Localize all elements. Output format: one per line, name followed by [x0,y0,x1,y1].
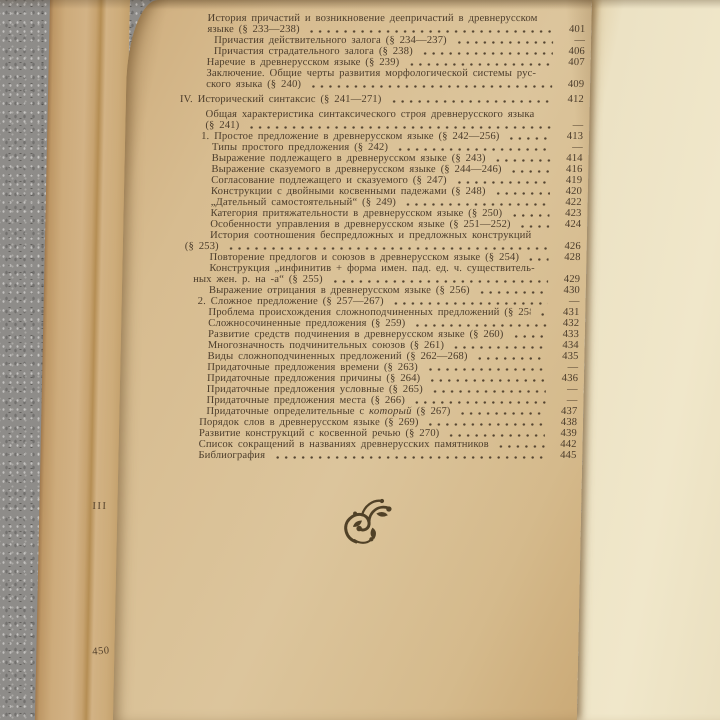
toc-entry: Конструкция „инфинитив + форма имен. пад… [176,263,580,285]
toc-entry: Сложносочиненные предложения (§ 259)432 [175,318,579,329]
dot-leader [451,340,547,351]
toc-entry-title: 1. Простое предложение в древнерусском я… [201,131,500,142]
toc-entry: Развитие средств подчинения в древнерусс… [175,329,579,340]
toc-page-number: 439 [550,428,577,439]
toc-entry: Причастия страдательного залога (§ 238)4… [181,46,585,57]
toc-entry: Выражение подлежащего в древнерусском яз… [179,153,583,164]
dot-leader [430,384,546,395]
toc-page-number: 431 [552,307,579,318]
toc-page-number: — [558,35,585,46]
toc-page-number: 434 [552,340,579,351]
toc-line: Согласование подлежащего и сказуемого (§… [178,175,582,186]
toc-page-number: 430 [553,285,580,296]
toc-page-number: — [551,362,578,373]
toc-page-number: 420 [555,186,582,197]
toc-entry-title: Придаточные предложения условные (§ 265) [207,384,423,395]
toc-line: История соотношения беспредложных и пред… [177,230,581,241]
dot-leader [454,35,554,46]
toc-entry: Выражение отрицания в древнерусском язык… [176,285,580,296]
table-of-contents: История причастий и возникновение деепри… [172,13,585,461]
toc-entry-title: Особенности управления в древнерусском я… [210,219,511,230]
dot-leader [403,197,550,208]
toc-page-number: 429 [553,274,580,285]
toc-entry: Проблема происхождения сложноподчиненных… [175,307,579,318]
toc-line: Типы простого предложения (§ 242)— [179,142,583,153]
toc-entry: Конструкции с двойными косвенными падежа… [178,186,582,197]
toc-entry: Придаточные предложения времени (§ 263)— [174,362,578,373]
toc-entry-title: Наречие в древнерусском языке (§ 239) [207,57,400,68]
toc-entry: „Дательный самостоятельный“ (§ 249)422 [178,197,582,208]
toc-line: ных жен. р. на -а“ (§ 255)429 [176,274,580,285]
toc-entry: Придаточные предложения причины (§ 264)4… [174,373,578,384]
toc-entry: Особенности управления в древнерусском я… [177,219,581,230]
dot-leader [406,57,553,68]
toc-line: 1. Простое предложение в древнерусском я… [179,131,583,142]
toc-line: Развитие конструкций с косвенной речью (… [173,428,577,439]
dot-leader [509,208,550,219]
toc-entry: Типы простого предложения (§ 242)— [179,142,583,153]
toc-line: Проблема происхождения сложноподчиненных… [175,307,579,318]
toc-page-number: 406 [558,46,585,57]
toc-page-number: 426 [554,241,581,252]
dot-leader [412,318,547,329]
dot-leader [330,274,549,285]
toc-entry-title: языке (§ 233—238) [207,24,300,35]
toc-entry: Причастия действительного залога (§ 234—… [181,35,585,46]
toc-page-number: 437 [550,406,577,417]
toc-page-number: 432 [552,318,579,329]
dot-leader [388,94,552,105]
toc-page-number: 424 [554,219,581,230]
dot-leader [425,362,547,373]
toc-line: Заключение. Общие черты развития морфоло… [180,68,584,79]
dot-leader [506,131,551,142]
toc-entry-title: Конструкция „инфинитив + форма имен. пад… [209,263,535,274]
toc-line: Виды сложноподчиненных предложений (§ 26… [174,351,578,362]
toc-entry-title: Развитие средств подчинения в древнерусс… [208,329,504,340]
toc-line: Сложносочиненные предложения (§ 259)432 [175,318,579,329]
toc-entry: Придаточные предложения условные (§ 265)… [174,384,578,395]
toc-page-number: 423 [554,208,581,219]
toc-entry-title: Общая характеристика синтаксического стр… [205,109,534,120]
toc-page-number: 445 [549,450,576,461]
dot-leader [510,329,547,340]
toc-line: Развитие средств подчинения в древнерусс… [175,329,579,340]
toc-page-number: 409 [557,79,584,90]
toc-entry-title: Придаточные предложения места (§ 266) [206,395,405,406]
toc-entry-title: (§ 241) [205,120,239,131]
toc-entry-title: Выражение подлежащего в древнерусском яз… [212,153,486,164]
dot-leader [308,79,552,90]
toc-line: Конструкции с двойными косвенными падежа… [178,186,582,197]
toc-entry-title: Виды сложноподчиненных предложений (§ 26… [207,351,467,362]
toc-entry-title: IV. Исторический синтаксис (§ 241—271) [180,94,382,105]
dot-leader [395,142,551,153]
toc-line: Особенности управления в древнерусском я… [177,219,581,230]
toc-page-number: 438 [550,417,577,428]
toc-page-number: — [551,384,578,395]
toc-page-number: 428 [553,252,580,263]
toc-entry-title: Конструкции с двойными косвенными падежа… [211,186,486,197]
facing-page [577,0,720,720]
dot-leader [477,285,548,296]
floral-ornament-icon [336,494,401,556]
dot-leader [426,417,546,428]
toc-entry: Развитие конструкций с косвенной речью (… [173,428,577,439]
toc-entry: История соотношения беспредложных и пред… [177,230,581,252]
toc-page: История причастий и возникновение деепри… [113,0,592,720]
toc-page-number: 413 [556,131,583,142]
toc-line: Общая характеристика синтаксического стр… [179,109,583,120]
toc-entry-title: „Дательный самостоятельный“ (§ 249) [211,197,396,208]
dot-leader [526,252,549,263]
dot-leader [226,241,549,252]
toc-line: Выражение отрицания в древнерусском язык… [176,285,580,296]
toc-entry-title: Типы простого предложения (§ 242) [212,142,388,153]
toc-line: Причастия действительного залога (§ 234—… [181,35,585,46]
toc-entry: Согласование подлежащего и сказуемого (§… [178,175,582,186]
toc-entry: Наречие в древнерусском языке (§ 239)407 [181,57,585,68]
toc-line: Библиография445 [172,450,576,461]
dot-leader [446,428,545,439]
toc-entry: Категория притяжательности в древнерусск… [177,208,581,219]
open-book: III 450 История причастий и возникновени… [0,0,720,720]
toc-entry: Придаточные предложения места (§ 266)— [173,395,577,406]
toc-line: языке (§ 233—238)401 [181,24,585,35]
toc-page-number: 401 [558,24,585,35]
toc-line: „Дательный самостоятельный“ (§ 249)422 [178,197,582,208]
toc-line: История причастий и возникновение деепри… [181,13,585,24]
toc-page-number: 412 [557,94,584,105]
toc-entry: Заключение. Общие черты развития морфоло… [180,68,584,90]
toc-entry-title: Развитие конструкций с косвенной речью (… [199,428,440,439]
toc-entry: Виды сложноподчиненных предложений (§ 26… [174,351,578,362]
toc-line: Многозначность подчинительных союзов (§ … [175,340,579,351]
toc-entry-title: 2. Сложное предложение (§ 257—267) [198,296,384,307]
toc-entry-title: Список сокращений в названиях древнерусс… [199,439,489,450]
dot-leader [492,186,550,197]
underpage-number-bottom: 450 [92,645,110,657]
toc-line: ского языка (§ 240)409 [180,79,584,90]
toc-entry-title: Выражение отрицания в древнерусском язык… [209,285,470,296]
toc-page-number: — [553,296,580,307]
toc-line: Порядок слов в древнерусском языке (§ 26… [173,417,577,428]
toc-entry: Придаточные определительные с который (§… [173,406,577,417]
toc-entry-title: Причастия страдательного залога (§ 238) [214,46,413,57]
toc-line: Придаточные предложения причины (§ 264)4… [174,373,578,384]
dot-leader [454,175,551,186]
toc-page-number: 407 [558,57,585,68]
toc-page-number: 442 [550,439,577,450]
toc-line: Придаточные предложения времени (§ 263)— [174,362,578,373]
dot-leader [420,46,553,57]
dot-leader [427,373,546,384]
dot-leader [537,307,547,318]
toc-entry: 2. Сложное предложение (§ 257—267)— [176,296,580,307]
toc-line: Наречие в древнерусском языке (§ 239)407 [181,57,585,68]
toc-entry: Общая характеристика синтаксического стр… [179,109,583,131]
dot-leader [509,164,551,175]
toc-page-number: 422 [555,197,582,208]
dot-leader [457,406,545,417]
toc-entry-title: Библиография [198,450,265,461]
toc-page-number: 416 [555,164,582,175]
toc-line: Повторение предлогов и союзов в древнеру… [176,252,580,263]
dot-leader [412,395,546,406]
toc-line: Список сокращений в названиях древнерусс… [173,439,577,450]
toc-entry-title: Согласование подлежащего и сказуемого (§… [211,175,447,186]
toc-entry-title: История причастий и возникновение деепри… [207,13,537,24]
toc-entry: Библиография445 [172,450,576,461]
toc-entry: Повторение предлогов и союзов в древнеру… [176,252,580,263]
dot-leader [493,153,551,164]
dot-leader [246,120,551,131]
toc-entry-title: Проблема происхождения сложноподчиненных… [208,307,530,318]
toc-page-number: 414 [556,153,583,164]
toc-entry-title: Многозначность подчинительных союзов (§ … [208,340,445,351]
dot-leader [474,351,546,362]
toc-entry-title: Причастия действительного залога (§ 234—… [214,35,447,46]
toc-entry-title: (§ 253) [185,241,219,252]
toc-line: (§ 241)— [179,120,583,131]
toc-entry-title: ского языка (§ 240) [206,79,301,90]
underpage-number-top: III [92,501,107,512]
toc-page-number: — [556,142,583,153]
toc-line: Категория притяжательности в древнерусск… [177,208,581,219]
toc-entry-title: Повторение предлогов и союзов в древнеру… [209,252,519,263]
dot-leader [272,450,545,461]
toc-entry-title: Сложносочиненные предложения (§ 259) [208,318,405,329]
toc-line: Придаточные предложения места (§ 266)— [173,395,577,406]
dot-leader [391,296,548,307]
toc-entry-title: ных жен. р. на -а“ (§ 255) [193,274,323,285]
toc-entry-title: Заключение. Общие черты развития морфоло… [206,68,536,79]
toc-entry-title: Придаточные предложения причины (§ 264) [207,373,420,384]
toc-line: Причастия страдательного залога (§ 238)4… [181,46,585,57]
toc-line: Конструкция „инфинитив + форма имен. пад… [176,263,580,274]
toc-entry: 1. Простое предложение в древнерусском я… [179,131,583,142]
toc-entry: Список сокращений в названиях древнерусс… [173,439,577,450]
toc-page-number: — [556,120,583,131]
toc-entry-title: История соотношения беспредложных и пред… [210,230,531,241]
toc-entry-title: Придаточные предложения времени (§ 263) [207,362,418,373]
toc-line: Выражение подлежащего в древнерусском яз… [179,153,583,164]
toc-page-number: 433 [552,329,579,340]
toc-line: Придаточные предложения условные (§ 265)… [174,384,578,395]
toc-line: (§ 253)426 [177,241,581,252]
toc-entry: Порядок слов в древнерусском языке (§ 26… [173,417,577,428]
toc-line: IV. Исторический синтаксис (§ 241—271)41… [180,94,584,105]
toc-entry-title: Порядок слов в древнерусском языке (§ 26… [199,417,419,428]
toc-line: 2. Сложное предложение (§ 257—267)— [176,296,580,307]
toc-entry-title: Выражение сказуемого в древнерусском язы… [211,164,501,175]
toc-entry: Выражение сказуемого в древнерусском язы… [178,164,582,175]
toc-page-number: 419 [555,175,582,186]
dot-leader [496,439,545,450]
toc-entry-title: Категория притяжательности в древнерусск… [210,208,502,219]
toc-page-number: — [550,395,577,406]
toc-line: Придаточные определительные с который (§… [173,406,577,417]
toc-entry: Многозначность подчинительных союзов (§ … [175,340,579,351]
toc-page-number: 436 [551,373,578,384]
dot-leader [518,219,550,230]
toc-entry: IV. Исторический синтаксис (§ 241—271)41… [180,94,584,105]
toc-entry-title: Придаточные определительные с который (§… [206,406,450,417]
photo-background: III 450 История причастий и возникновени… [0,0,720,720]
toc-line: Выражение сказуемого в древнерусском язы… [178,164,582,175]
toc-entry: История причастий и возникновение деепри… [181,13,585,35]
toc-page-number: 435 [551,351,578,362]
dot-leader [307,24,554,35]
